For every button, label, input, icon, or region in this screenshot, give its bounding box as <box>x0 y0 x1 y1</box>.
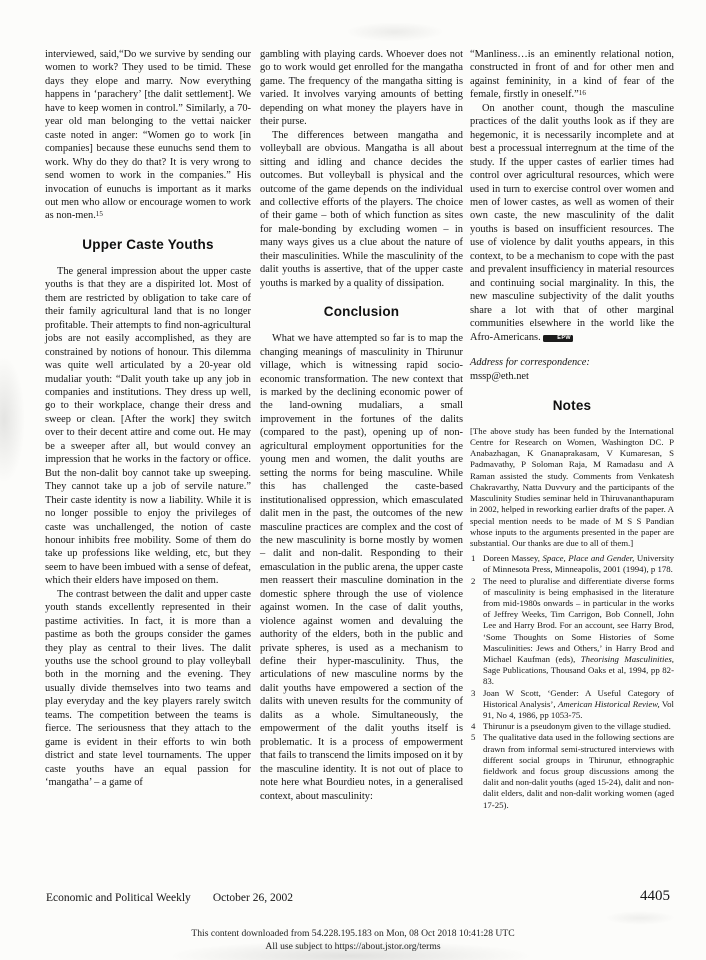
footnote-number: 4 <box>471 721 475 732</box>
acknowledgment-note: [The above study has been funded by the … <box>470 426 674 549</box>
paragraph-bourdieu-quote: “Manliness…is an eminently relational no… <box>470 48 674 102</box>
paragraph-conclusion: What we have attempted so far is to map … <box>260 332 463 803</box>
footnote-5: 5The qualitative data used in the follow… <box>470 732 674 810</box>
section-heading-conclusion: Conclusion <box>260 305 463 319</box>
paragraph-interview-quote: interviewed, said,“Do we survive by send… <box>45 48 251 223</box>
footnote-number: 3 <box>471 688 475 699</box>
page-number: 4405 <box>640 888 670 905</box>
jstor-download-notice: This content downloaded from 54.228.195.… <box>0 928 706 953</box>
footnote-2: 2The need to pluralise and differentiate… <box>470 576 674 688</box>
paragraph-on-another-count: On another count, though the masculine p… <box>470 102 674 344</box>
footnote-text: The qualitative data used in the followi… <box>483 732 674 809</box>
paragraph-upper-caste-impression: The general impression about the upper c… <box>45 265 251 588</box>
paragraph-pastime-contrast: The contrast between the dalit and upper… <box>45 588 251 790</box>
jstor-terms-line: All use subject to https://about.jstor.o… <box>0 941 706 954</box>
section-heading-notes: Notes <box>470 399 674 413</box>
footnote-text: Doreen Massey, Space, Place and Gender, … <box>483 553 674 574</box>
epw-end-mark: EPW <box>543 335 573 342</box>
footnote-text: Joan W Scott, ‘Gender: A Useful Category… <box>483 688 674 720</box>
footnote-number: 5 <box>471 732 475 743</box>
footnote-text: The need to pluralise and differentiate … <box>483 576 674 687</box>
paragraph-mangatha-gambling: gambling with playing cards. Whoever doe… <box>260 48 463 129</box>
column-left: interviewed, said,“Do we survive by send… <box>45 48 251 790</box>
footnote-1: 1Doreen Massey, Space, Place and Gender,… <box>470 553 674 575</box>
column-right: “Manliness…is an eminently relational no… <box>470 48 674 811</box>
jstor-download-line: This content downloaded from 54.228.195.… <box>0 928 706 941</box>
footnote-number: 2 <box>471 576 475 587</box>
correspondence-email: mssp@eth.net <box>470 370 674 383</box>
paragraph-game-differences: The differences between mangatha and vol… <box>260 129 463 290</box>
footnote-number: 1 <box>471 553 475 564</box>
journal-footer: Economic and Political WeeklyOctober 26,… <box>46 892 293 904</box>
footnote-text: Thirunur is a pseudonym given to the vil… <box>483 721 671 731</box>
issue-date: October 26, 2002 <box>213 892 293 904</box>
address-for-correspondence-label: Address for correspondence: <box>470 356 674 369</box>
column-middle: gambling with playing cards. Whoever doe… <box>260 48 463 803</box>
footnote-4: 4Thirunur is a pseudonym given to the vi… <box>470 721 674 732</box>
journal-name: Economic and Political Weekly <box>46 892 191 904</box>
journal-page-scan: interviewed, said,“Do we survive by send… <box>0 0 706 960</box>
section-heading-upper-caste-youths: Upper Caste Youths <box>45 238 251 252</box>
footnote-3: 3Joan W Scott, ‘Gender: A Useful Categor… <box>470 688 674 722</box>
